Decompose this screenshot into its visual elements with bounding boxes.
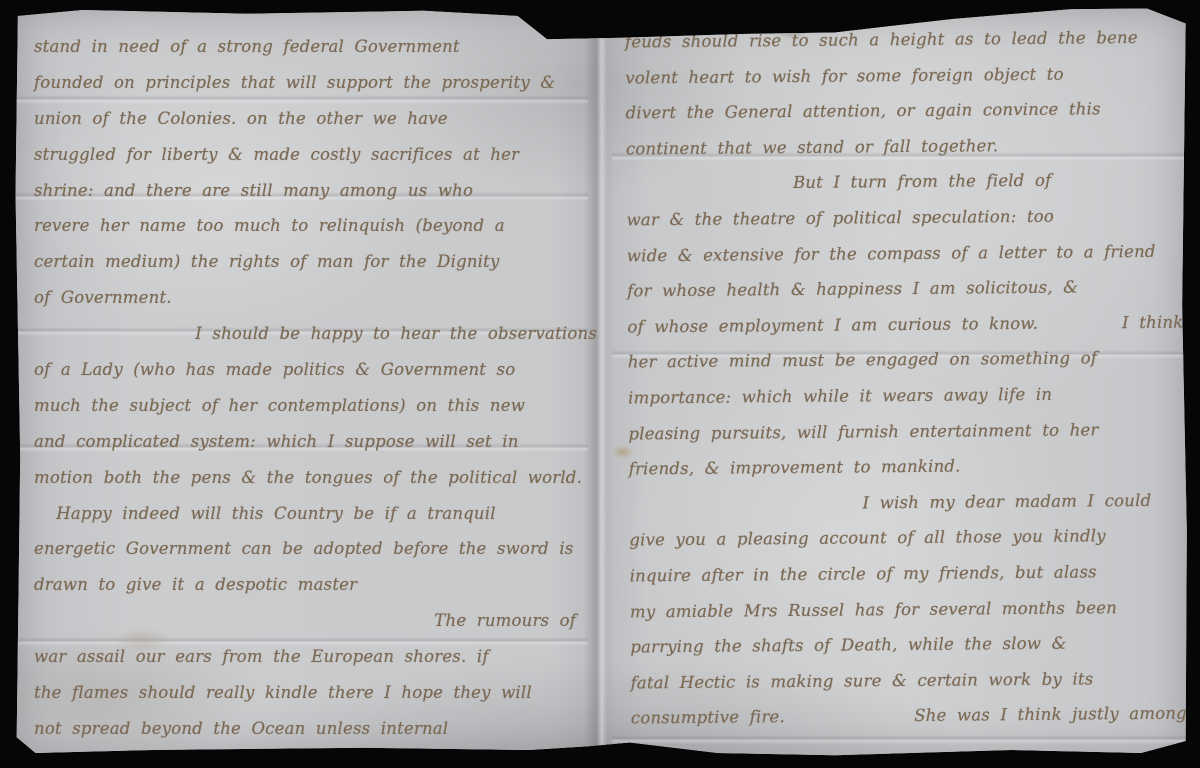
letter-line-text: shrine: and there are still many among u…: [34, 181, 473, 200]
letter-line: consumptive fire.She was I think justly …: [631, 704, 1187, 744]
letter-line: But I turn from the field of: [626, 170, 1182, 210]
letter-line: energetic Government can be adopted befo…: [34, 539, 590, 575]
letter-line: the flames should really kindle there I …: [34, 683, 590, 719]
letter-line: friends, & improvement to mankind.: [629, 455, 1185, 495]
letter-line: drawn to give it a despotic master: [34, 575, 590, 611]
letter-line-text: parrying the shafts of Death, while the …: [630, 634, 1066, 657]
letter-line: volent heart to wish for some foreign ob…: [625, 63, 1181, 103]
letter-line: not spread beyond the Ocean unless inter…: [34, 719, 590, 755]
letter-line: union of the Colonies. on the other we h…: [34, 109, 590, 145]
letter-line-text: give you a pleasing account of all those…: [629, 527, 1106, 550]
letter-line: parrying the shafts of Death, while the …: [630, 633, 1186, 673]
letter-line-text: war assail our ears from the European sh…: [34, 647, 489, 666]
letter-line-text: volent heart to wish for some foreign ob…: [625, 64, 1064, 87]
letter-line-text: wide & extensive for the compass of a le…: [627, 241, 1156, 265]
letter-line-text: feuds should rise to such a height as to…: [625, 28, 1138, 51]
letter-line: importance: which while it wears away li…: [628, 384, 1184, 424]
letter-line: Happy indeed will this Country be if a t…: [34, 504, 590, 540]
letter-line: feuds should rise to such a height as to…: [625, 28, 1181, 68]
letter-line-text: I wish my dear madam I could: [862, 491, 1151, 513]
letter-line-text: struggled for liberty & made costly sacr…: [34, 145, 519, 164]
letter-line-text: friends, & improvement to mankind.: [629, 457, 961, 479]
letter-line: shrine: and there are still many among u…: [34, 181, 590, 217]
letter-line: much the subject of her contemplations) …: [34, 396, 590, 432]
letter-line: inquire after in the circle of my friend…: [630, 561, 1186, 601]
letter-line-text: divert the General attention, or again c…: [626, 99, 1101, 122]
left-page: stand in need of a strong federal Govern…: [34, 37, 590, 755]
right-page: feuds should rise to such a height as to…: [625, 28, 1187, 745]
letter-line-text: my amiable Mrs Russel has for several mo…: [630, 598, 1117, 621]
letter-line: of Government.: [34, 288, 590, 324]
letter-line: my amiable Mrs Russel has for several mo…: [630, 597, 1186, 637]
letter-line-text: union of the Colonies. on the other we h…: [34, 109, 448, 128]
letter-line: I wish my dear madam I could: [629, 490, 1185, 530]
letter-line-text: continent that we stand or fall together…: [626, 136, 998, 158]
letter-line: give you a pleasing account of all those…: [629, 526, 1185, 566]
letter-line-text: energetic Government can be adopted befo…: [34, 539, 574, 558]
letter-line: her active mind must be engaged on somet…: [628, 348, 1184, 388]
letter-line: war & the theatre of political speculati…: [626, 206, 1182, 246]
letter-line-text: motion both the pens & the tongues of th…: [34, 468, 582, 487]
letter-line: continent that we stand or fall together…: [626, 134, 1182, 174]
letter-line-text: stand in need of a strong federal Govern…: [34, 37, 460, 56]
letter-line: The rumours of: [34, 611, 590, 647]
letter-line-text: not spread beyond the Ocean unless inter…: [34, 719, 448, 738]
letter-line-text: much the subject of her contemplations) …: [34, 396, 525, 415]
letter-line: divert the General attention, or again c…: [626, 99, 1182, 139]
letter-line-text: consumptive fire.: [631, 707, 785, 727]
letter-line: fatal Hectic is making sure & certain wo…: [630, 668, 1186, 708]
letter-line: founded on principles that will support …: [34, 73, 590, 109]
letter-line-text: inquire after in the circle of my friend…: [630, 562, 1097, 585]
letter-line: wide & extensive for the compass of a le…: [627, 241, 1183, 281]
letter-line-text: of Government.: [34, 288, 172, 307]
letter-line-trail: She was I think justly among: [914, 704, 1187, 725]
letter-line-trail: I think: [1122, 312, 1183, 332]
letter-line: and complicated system: which I suppose …: [34, 432, 590, 468]
letter-line: struggled for liberty & made costly sacr…: [34, 145, 590, 181]
letter-line: stand in need of a strong federal Govern…: [34, 37, 590, 73]
letter-line-text: importance: which while it wears away li…: [628, 385, 1052, 408]
letter-line-text: founded on principles that will support …: [34, 73, 555, 92]
letter-line-text: and complicated system: which I suppose …: [34, 432, 519, 451]
letter-paper-sheet: stand in need of a strong federal Govern…: [12, 7, 1188, 756]
letter-line-text: I should be happy to hear the observatio…: [195, 324, 597, 343]
letter-line-text: drawn to give it a despotic master: [34, 575, 357, 594]
letter-line-text: pleasing pursuits, will furnish entertai…: [628, 420, 1098, 443]
letter-line: I should be happy to hear the observatio…: [34, 324, 590, 360]
letter-line: war assail our ears from the European sh…: [34, 647, 590, 683]
scanned-letter-view: stand in need of a strong federal Govern…: [0, 0, 1200, 768]
letter-line-text: her active mind must be engaged on somet…: [628, 349, 1097, 372]
letter-line-text: certain medium) the rights of man for th…: [34, 252, 499, 271]
letter-line-text: Happy indeed will this Country be if a t…: [56, 504, 495, 523]
letter-line-text: the flames should really kindle there I …: [34, 683, 532, 702]
letter-line: revere her name too much to relinquish (…: [34, 216, 590, 252]
letter-line: motion both the pens & the tongues of th…: [34, 468, 590, 504]
letter-line: pleasing pursuits, will furnish entertai…: [628, 419, 1184, 459]
letter-line-text: fatal Hectic is making sure & certain wo…: [630, 669, 1093, 692]
letter-line-text: But I turn from the field of: [793, 171, 1052, 192]
letter-line-text: for whose health & happiness I am solici…: [627, 278, 1078, 301]
letter-line: certain medium) the rights of man for th…: [34, 252, 590, 288]
letter-line-text: The rumours of: [434, 611, 576, 630]
letter-line-text: revere her name too much to relinquish (…: [34, 216, 505, 235]
letter-line-text: of whose employment I am curious to know…: [627, 314, 1038, 337]
letter-line: of a Lady (who has made politics & Gover…: [34, 360, 590, 396]
letter-line-text: war & the theatre of political speculati…: [626, 207, 1054, 230]
letter-line-text: of a Lady (who has made politics & Gover…: [34, 360, 515, 379]
letter-line: for whose health & happiness I am solici…: [627, 277, 1183, 317]
paper-stain: [548, 9, 590, 25]
letter-line: of whose employment I am curious to know…: [627, 312, 1183, 352]
